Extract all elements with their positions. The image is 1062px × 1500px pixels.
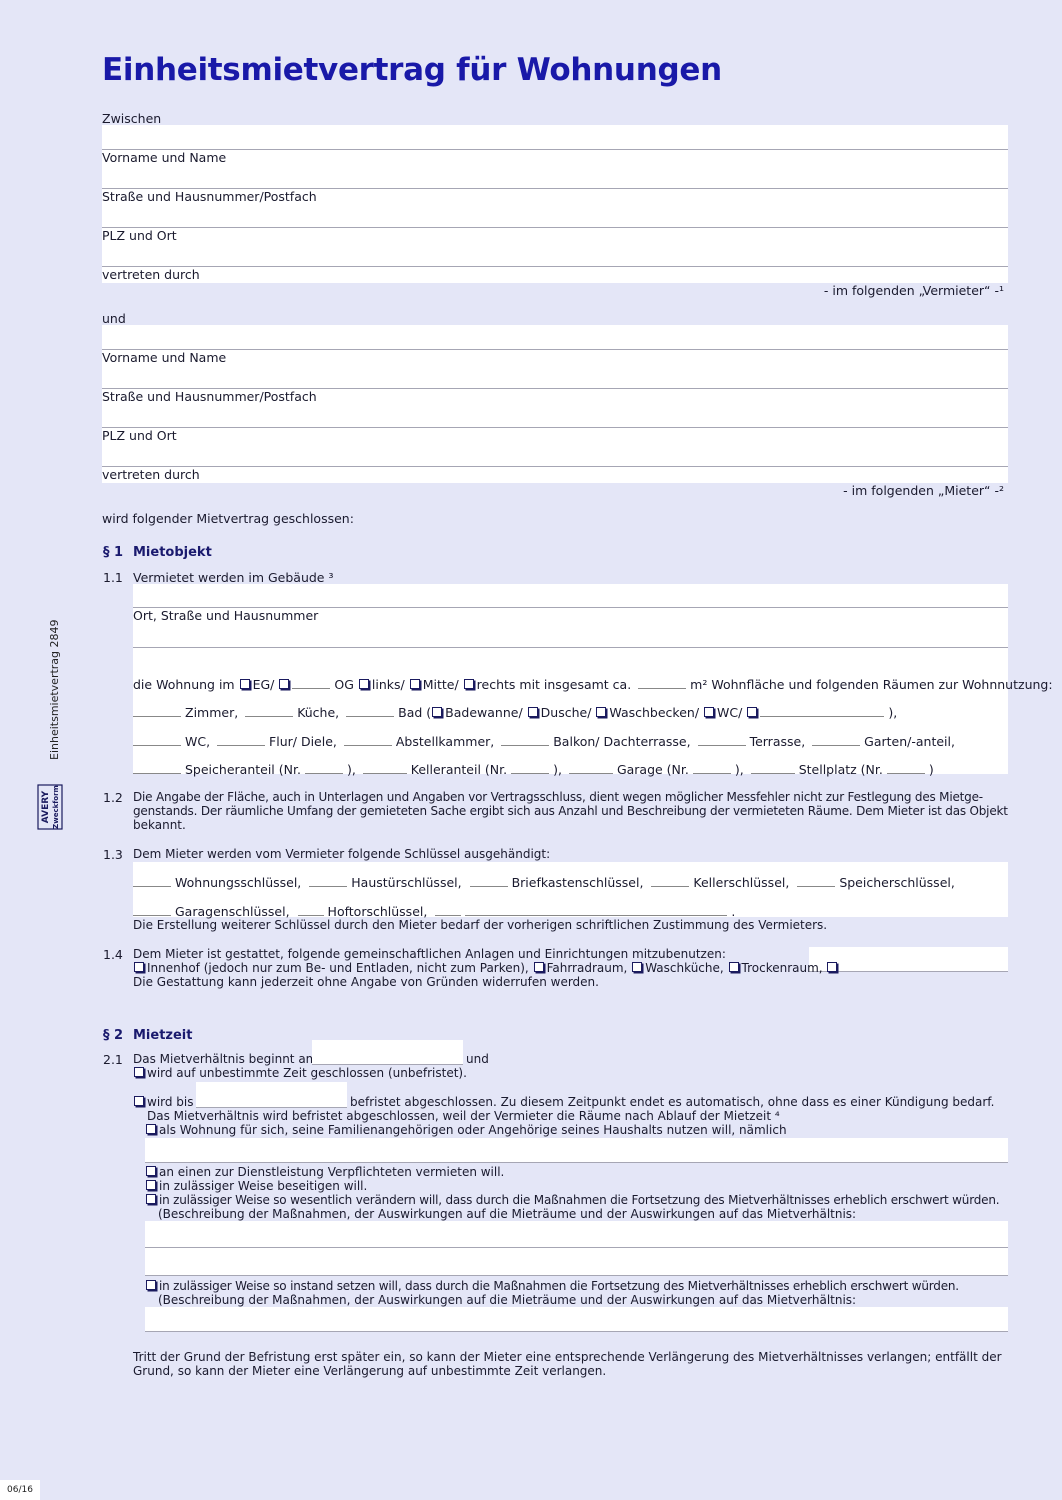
landlord-name-field[interactable]: Vorname und Name (102, 150, 1008, 189)
speicher-label: Speicheranteil (Nr. (185, 762, 301, 777)
tenant-name-field[interactable]: Vorname und Name (102, 350, 1008, 389)
between-label: Zwischen (102, 111, 161, 126)
eg-checkbox[interactable] (240, 679, 250, 689)
speicher-nr-blank[interactable] (305, 763, 343, 774)
logo-brand-bottom: Zweckform (52, 785, 60, 829)
tenant-city-field[interactable]: PLZ und Ort (102, 428, 1008, 467)
landlord-city-label: PLZ und Ort (102, 228, 177, 243)
waschkueche-label: Waschküche, (645, 961, 724, 975)
para-1-3-note: Die Erstellung weiterer Schlüssel durch … (133, 918, 827, 932)
reason-own-use-label: als Wohnung für sich, seine Familienange… (159, 1123, 787, 1137)
landlord-name-label: Vorname und Name (102, 150, 226, 165)
waschbecken-checkbox[interactable] (596, 707, 606, 717)
balkon-blank[interactable] (501, 735, 549, 746)
living-area-text: m² Wohnfläche und folgenden Räumen zur W… (690, 677, 1052, 692)
unlimited-checkbox[interactable] (134, 1067, 144, 1077)
para-1-4-note: Die Gestattung kann jederzeit ohne Angab… (133, 975, 599, 989)
og-checkbox[interactable] (279, 679, 289, 689)
para-1-1-number: 1.1 (103, 570, 123, 585)
og-label: OG (334, 677, 354, 692)
closing-line-1: Tritt der Grund der Befristung erst spät… (133, 1350, 1002, 1364)
og-floor-blank[interactable] (292, 678, 330, 689)
bad-label: Bad ( (398, 705, 431, 720)
bad-wc-label: WC/ (717, 705, 742, 720)
keys-row-2-end: . (731, 904, 735, 919)
reason-remove: in zulässiger Weise beseitigen will. (145, 1179, 367, 1193)
reason-modify-label: in zulässiger Weise so wesentlich veränd… (159, 1193, 999, 1207)
reason-repair-label: in zulässiger Weise so instand setzen wi… (159, 1279, 959, 1293)
key-hoftor-label: Hoftorschlüssel, (328, 904, 428, 919)
document-title: Einheitsmietvertrag für Wohnungen (102, 52, 722, 88)
abstellkammer-label: Abstellkammer, (396, 734, 494, 749)
para-2-1-number: 2.1 (103, 1052, 123, 1067)
innenhof-label: Innenhof (jedoch nur zum Be- und Entlade… (147, 961, 529, 975)
building-field[interactable] (133, 584, 1008, 608)
landlord-city-field[interactable]: PLZ und Ort (102, 228, 1008, 267)
apartment-row-3: WC, Flur/ Diele, Abstellkammer, Balkon/ … (133, 734, 955, 749)
trockenraum-checkbox[interactable] (729, 962, 739, 972)
innenhof-checkbox[interactable] (134, 962, 144, 972)
reason-repair-checkbox[interactable] (146, 1280, 156, 1290)
contract-closing-text: wird folgender Mietvertrag geschlossen: (102, 511, 354, 526)
wc-blank[interactable] (133, 735, 181, 746)
unlimited-option: wird auf unbestimmte Zeit geschlossen (u… (133, 1066, 467, 1080)
garage-nr-blank[interactable] (693, 763, 731, 774)
links-label: links/ (372, 677, 405, 692)
reason-repair: in zulässiger Weise so instand setzen wi… (145, 1279, 959, 1293)
garten-blank[interactable] (812, 735, 860, 746)
repair-description-label: (Beschreibung der Maßnahmen, der Auswirk… (158, 1293, 856, 1307)
tenant-represented-field[interactable]: vertreten durch (102, 467, 1008, 483)
dusche-label: Dusche/ (541, 705, 592, 720)
keller-label: Kelleranteil (Nr. (411, 762, 507, 777)
landlord-street-label: Straße und Hausnummer/Postfach (102, 189, 317, 204)
apartment-row-4: Speicheranteil (Nr. ), Kelleranteil (Nr.… (133, 762, 934, 777)
end-date-field[interactable] (196, 1082, 347, 1108)
garage-close: ), (735, 762, 744, 777)
para-1-3-intro: Dem Mieter werden vom Vermieter folgende… (133, 847, 550, 861)
limitation-reason-intro: Das Mietverhältnis wird befristet abgesc… (147, 1109, 780, 1123)
start-date-after: und (466, 1052, 489, 1066)
limited-option: wird bis (133, 1095, 194, 1109)
building-address-field[interactable]: Ort, Straße und Hausnummer (133, 608, 1008, 648)
reason-modify-checkbox[interactable] (146, 1194, 156, 1204)
keller-nr-blank[interactable] (511, 763, 549, 774)
apartment-floor-text: die Wohnung im (133, 677, 235, 692)
flur-label: Flur/ Diele, (269, 734, 337, 749)
zimmer-label: Zimmer, (185, 705, 238, 720)
landlord-street-field[interactable]: Straße und Hausnummer/Postfach (102, 189, 1008, 228)
own-use-detail-field[interactable] (145, 1138, 1008, 1163)
start-date-field[interactable] (312, 1040, 463, 1065)
para-1-2-line-1: Die Angabe der Fläche, auch in Unterlage… (133, 790, 983, 804)
keller-blank[interactable] (363, 763, 407, 774)
stellplatz-nr-blank[interactable] (887, 763, 925, 774)
abstellkammer-blank[interactable] (344, 735, 392, 746)
garten-label: Garten/-anteil, (864, 734, 955, 749)
stellplatz-label: Stellplatz (Nr. (799, 762, 883, 777)
kueche-label: Küche, (297, 705, 339, 720)
keller-close: ), (553, 762, 562, 777)
repair-description-field[interactable] (145, 1307, 1008, 1332)
key-briefkasten-blank[interactable] (470, 876, 508, 887)
garage-label: Garage (Nr. (617, 762, 689, 777)
fahrradraum-checkbox[interactable] (534, 962, 544, 972)
para-1-4-intro: Dem Mieter ist gestattet, folgende gemei… (133, 947, 726, 961)
building-address-label: Ort, Straße und Hausnummer (133, 608, 318, 623)
links-checkbox[interactable] (359, 679, 369, 689)
bad-close: ), (888, 705, 897, 720)
key-keller-label: Kellerschlüssel, (693, 875, 789, 890)
key-speicher-blank[interactable] (797, 876, 835, 887)
tenant-and-field[interactable] (102, 325, 1008, 350)
section2-title: Mietzeit (133, 1028, 192, 1043)
modify-description-field-1[interactable] (145, 1221, 1008, 1248)
modify-description-field-2[interactable] (145, 1248, 1008, 1276)
logo-brand-top: AVERY (41, 790, 51, 823)
terrasse-label: Terrasse, (750, 734, 806, 749)
bad-blank[interactable] (346, 706, 394, 717)
product-code-label: Einheitsmietvertrag 2849 (48, 619, 61, 760)
landlord-between-field[interactable] (102, 125, 1008, 150)
wc-label: WC, (185, 734, 210, 749)
key-hoftor-blank[interactable] (298, 905, 324, 916)
avery-zweckform-logo: AVERY Zweckform (30, 782, 70, 832)
reason-service-label: an einen zur Dienstleistung Verpflichtet… (159, 1165, 504, 1179)
rechts-checkbox[interactable] (464, 679, 474, 689)
section2-number: § 2 (103, 1028, 123, 1043)
apartment-row-2: Zimmer, Küche, Bad (Badewanne/ Dusche/ W… (133, 705, 897, 720)
trockenraum-label: Trockenraum, (742, 961, 823, 975)
key-briefkasten-label: Briefkastenschlüssel, (512, 875, 644, 890)
key-haustuer-label: Haustürschlüssel, (351, 875, 461, 890)
key-garage-label: Garagenschlüssel, (175, 904, 290, 919)
badewanne-checkbox[interactable] (432, 707, 442, 717)
bad-other-blank[interactable] (760, 706, 884, 717)
garage-blank[interactable] (569, 763, 613, 774)
area-blank[interactable] (638, 678, 686, 689)
speicher-close: ), (347, 762, 356, 777)
balkon-label: Balkon/ Dachterrasse, (553, 734, 690, 749)
waschkueche-checkbox[interactable] (632, 962, 642, 972)
stellplatz-close: ) (929, 762, 934, 777)
key-wohnung-label: Wohnungsschlüssel, (175, 875, 301, 890)
speicher-blank[interactable] (133, 763, 181, 774)
para-1-1-intro: Vermietet werden im Gebäude ³ (133, 570, 333, 585)
tenant-street-field[interactable]: Straße und Hausnummer/Postfach (102, 389, 1008, 428)
bad-wc-checkbox[interactable] (704, 707, 714, 717)
key-keller-blank[interactable] (651, 876, 689, 887)
limited-checkbox[interactable] (134, 1096, 144, 1106)
key-haustuer-blank[interactable] (309, 876, 347, 887)
reason-remove-checkbox[interactable] (146, 1180, 156, 1190)
tenant-street-label: Straße und Hausnummer/Postfach (102, 389, 317, 404)
tenant-represented-label: vertreten durch (102, 467, 200, 482)
mitte-label: Mitte/ (423, 677, 459, 692)
reason-service-checkbox[interactable] (146, 1166, 156, 1176)
para-1-4-number: 1.4 (103, 947, 123, 962)
reason-modify: in zulässiger Weise so wesentlich veränd… (145, 1193, 999, 1207)
reason-own-use-checkbox[interactable] (146, 1124, 156, 1134)
key-speicher-label: Speicherschlüssel, (839, 875, 955, 890)
start-date-label: Das Mietverhältnis beginnt am (133, 1052, 317, 1066)
rechts-label: rechts mit insgesamt ca. (477, 677, 632, 692)
landlord-represented-field[interactable]: vertreten durch (102, 267, 1008, 283)
limited-label: wird bis (147, 1095, 194, 1109)
dusche-checkbox[interactable] (528, 707, 538, 717)
para-1-2-line-3: bekannt. (133, 818, 186, 832)
keys-row-1: Wohnungsschlüssel, Haustürschlüssel, Bri… (133, 875, 955, 890)
limited-after: befristet abgeschlossen. Zu diesem Zeitp… (350, 1095, 994, 1109)
key-garage-blank[interactable] (133, 905, 171, 916)
flur-blank[interactable] (217, 735, 265, 746)
unlimited-label: wird auf unbestimmte Zeit geschlossen (u… (147, 1066, 467, 1080)
tenant-name-label: Vorname und Name (102, 350, 226, 365)
para-1-3-number: 1.3 (103, 847, 123, 862)
modify-description-label: (Beschreibung der Maßnahmen, der Auswirk… (158, 1207, 856, 1221)
landlord-represented-label: vertreten durch (102, 267, 200, 282)
keys-row-2: Garagenschlüssel, Hoftorschlüssel, . (133, 904, 735, 919)
version-code: 06/16 (0, 1480, 40, 1500)
stellplatz-blank[interactable] (751, 763, 795, 774)
mitte-checkbox[interactable] (410, 679, 420, 689)
closing-line-2: Grund, so kann der Mieter eine Verlänger… (133, 1364, 606, 1378)
apartment-row-1: die Wohnung im EG/ OG links/ Mitte/ rech… (133, 677, 1053, 692)
key-wohnung-blank[interactable] (133, 876, 171, 887)
facility-other-checkbox[interactable] (827, 962, 837, 972)
shared-facilities-options: Innenhof (jedoch nur zum Be- und Entlade… (133, 961, 840, 975)
reason-remove-label: in zulässiger Weise beseitigen will. (159, 1179, 367, 1193)
and-label: und (102, 311, 126, 326)
para-1-2-line-2: genstands. Der räumliche Umfang der gemi… (133, 804, 1008, 818)
section1-number: § 1 (103, 545, 123, 560)
tenant-city-label: PLZ und Ort (102, 428, 177, 443)
kueche-blank[interactable] (245, 706, 293, 717)
para-1-2-number: 1.2 (103, 790, 123, 805)
fahrradraum-label: Fahrradraum, (547, 961, 628, 975)
bad-other-checkbox[interactable] (747, 707, 757, 717)
key-other-name-blank[interactable] (465, 905, 727, 916)
key-other-count-blank[interactable] (435, 905, 461, 916)
tenant-note: - im folgenden „Mieter“ -² (843, 483, 1004, 498)
badewanne-label: Badewanne/ (445, 705, 523, 720)
reason-own-use: als Wohnung für sich, seine Familienange… (145, 1123, 787, 1137)
zimmer-blank[interactable] (133, 706, 181, 717)
eg-label: EG/ (253, 677, 275, 692)
section1-title: Mietobjekt (133, 545, 212, 560)
reason-service: an einen zur Dienstleistung Verpflichtet… (145, 1165, 504, 1179)
terrasse-blank[interactable] (698, 735, 746, 746)
landlord-note: - im folgenden „Vermieter“ -¹ (824, 283, 1004, 298)
waschbecken-label: Waschbecken/ (609, 705, 699, 720)
